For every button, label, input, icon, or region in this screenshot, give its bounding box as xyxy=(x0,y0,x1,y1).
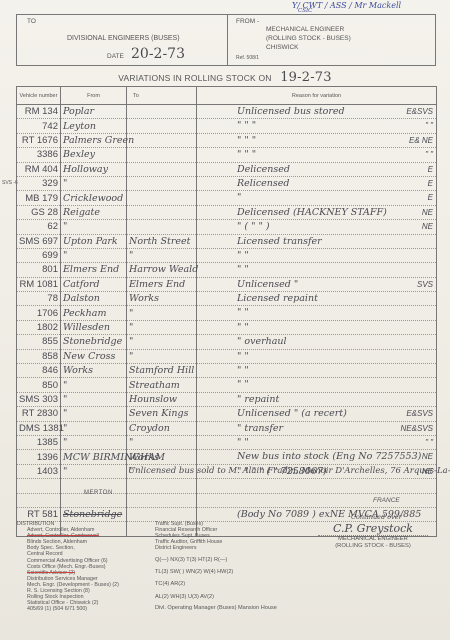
vehicle-number: 850 xyxy=(17,378,61,392)
traffic-distribution: Traffic Supt. (Buses) Financial Research… xyxy=(155,521,222,551)
from-location: Reigate xyxy=(61,205,127,219)
to-location: " xyxy=(127,435,197,449)
to-location: " xyxy=(127,306,197,320)
to-location xyxy=(127,479,197,493)
reason-cell: FRANCE xyxy=(197,493,437,507)
reason-text: FRANCE xyxy=(373,494,400,507)
scanned-form: Y/ CWT / ASS / Mr Mackell CSIC TO DIVISI… xyxy=(0,0,450,640)
from-box: FROM - MECHANICAL ENGINEER (ROLLING STOC… xyxy=(227,14,436,66)
table-row: RM 404HollowayDelicensedE xyxy=(17,162,437,176)
to-location xyxy=(127,176,197,190)
reason-text: Licensed transfer xyxy=(237,235,322,248)
vehicle-number: RT 1676 xyxy=(17,133,61,147)
reason-cell: "E xyxy=(197,191,437,205)
vehicle-number: 1396 xyxy=(17,450,61,464)
vehicle-number: RM 1081 xyxy=(17,277,61,291)
reason-text: Unlicensed " xyxy=(237,278,298,291)
to-location: Harrow Weald xyxy=(127,263,197,277)
from-location: " xyxy=(61,392,127,406)
table-row xyxy=(17,479,437,493)
reason-cell: " " "E& NE xyxy=(197,133,437,147)
garage-tag: " " xyxy=(425,119,433,132)
reason-text: " " xyxy=(237,364,249,377)
to-location xyxy=(127,191,197,205)
from-location: Poplar xyxy=(61,105,127,119)
to-location: Croydon xyxy=(127,421,197,435)
vehicle-number: 1802 xyxy=(17,320,61,334)
from-location: " xyxy=(61,220,127,234)
distribution-item: 405/69 (1) (504 6/71 500) xyxy=(27,606,119,612)
from-location: Catford xyxy=(61,277,127,291)
page-title: VARIATIONS IN ROLLING STOCK ON 19-2-73 xyxy=(0,70,450,85)
to-location xyxy=(127,162,197,176)
reason-cell: " ( " " )NE xyxy=(197,220,437,234)
from-location: Stonebridge xyxy=(61,507,127,521)
from-location: " xyxy=(61,248,127,262)
to-location: Stamford Hill xyxy=(127,364,197,378)
reason-cell: " repaint xyxy=(197,392,437,406)
vehicle-number: RT 2830 xyxy=(17,407,61,421)
garage-tag: SVS xyxy=(417,278,433,291)
reason-text: " " " xyxy=(237,119,256,132)
to-location: Elmers End xyxy=(127,277,197,291)
table-row: RT 1676Palmers Green" " "E& NE xyxy=(17,133,437,147)
vehicle-number: GS 28 xyxy=(17,205,61,219)
distribution-item: Costs Office (Mech. Engr.-Buses) xyxy=(27,564,119,570)
vehicle-number: 3386 xyxy=(17,148,61,162)
to-label: TO xyxy=(27,18,36,25)
table-row: 1396MCW BIRMINGHAMWorksNew bus into stoc… xyxy=(17,450,437,464)
to-location: " xyxy=(127,335,197,349)
garage-code-footer: Divl. Operating Manager (Buses) Mansion … xyxy=(155,603,277,613)
from-location: " xyxy=(61,421,127,435)
table-row: GS 28ReigateDelicensed (HACKNEY STAFF)NE xyxy=(17,205,437,219)
from-location: " xyxy=(61,176,127,190)
table-row: 855Stonebridge"" overhaul xyxy=(17,335,437,349)
from-location: Stonebridge xyxy=(61,335,127,349)
reason-text: Licensed repaint xyxy=(237,292,318,305)
to-location: North Street xyxy=(127,234,197,248)
table-row: 3386Bexley" " "" " xyxy=(17,148,437,162)
table-row: RT 2830"Seven KingsUnlicensed " (a recer… xyxy=(17,407,437,421)
vehicle-number: 855 xyxy=(17,335,61,349)
from-location: Willesden xyxy=(61,320,127,334)
vehicle-number: RT 581 xyxy=(17,507,61,521)
reason-text: " " xyxy=(237,249,249,262)
reason-cell: " " xyxy=(197,263,437,277)
vehicle-number: 62 xyxy=(17,220,61,234)
reason-cell: " " xyxy=(197,349,437,363)
garage-code-line: TC(4) AR(2) xyxy=(155,578,277,590)
to-location: Streatham xyxy=(127,378,197,392)
sale-note: Unlicensed bus sold to M. Alain Fradin, … xyxy=(128,466,450,476)
from-location: Dalston xyxy=(61,292,127,306)
to-location xyxy=(127,148,197,162)
vehicle-number: MB 179 xyxy=(17,191,61,205)
to-location xyxy=(127,119,197,133)
reference-number: Ref. 508/1 xyxy=(236,55,259,61)
reason-cell: RelicensedE xyxy=(197,176,437,190)
garage-code-line: TL(3) SW( ) WN(2) W(4) HW(2) xyxy=(155,566,277,578)
reason-text: " " xyxy=(237,436,249,449)
from-location: Upton Park xyxy=(61,234,127,248)
reason-text: " overhaul xyxy=(237,335,287,348)
vehicle-number: 742 xyxy=(17,119,61,133)
signature-title-1: MECHANICAL ENGINEER xyxy=(318,536,428,543)
reason-cell: DelicensedE xyxy=(197,162,437,176)
reason-cell: " transferNE&SVS xyxy=(197,421,437,435)
reason-text: " " xyxy=(237,263,249,276)
reason-text: " transfer xyxy=(237,422,283,435)
reason-cell: Licensed repaint xyxy=(197,292,437,306)
vehicle-number: 78 xyxy=(17,292,61,306)
reason-cell: " overhaul xyxy=(197,335,437,349)
table-row: 62"" ( " " )NE xyxy=(17,220,437,234)
reason-text: Unlicensed " (a recert) xyxy=(237,407,347,420)
to-box: TO DIVISIONAL ENGINEERS (BUSES) DATE 20-… xyxy=(16,14,228,66)
reason-cell: Unlicensed "SVS xyxy=(197,277,437,291)
reason-text: " xyxy=(237,191,241,204)
col-vehicle-number: Vehicle number xyxy=(17,87,61,105)
table-row: RM 1081CatfordElmers EndUnlicensed "SVS xyxy=(17,277,437,291)
table-header-row: Vehicle number From To Reason for variat… xyxy=(17,87,437,105)
garage-tag: E xyxy=(428,191,433,204)
garage-tag: " " xyxy=(425,436,433,449)
table-row: 846WorksStamford Hill" " xyxy=(17,364,437,378)
to-location: " xyxy=(127,320,197,334)
garage-tag: " " xyxy=(425,148,433,161)
reason-text: " repaint xyxy=(237,393,279,406)
reason-text: New bus into stock (Eng No 7257553) xyxy=(237,450,421,463)
from-location: Bexley xyxy=(61,148,127,162)
from-label: FROM - xyxy=(236,18,259,25)
garage-tag: E& NE xyxy=(409,134,433,147)
from-location: Holloway xyxy=(61,162,127,176)
vehicle-number: 846 xyxy=(17,364,61,378)
table-row: MB 179Cricklewood"E xyxy=(17,191,437,205)
to-location xyxy=(127,205,197,219)
reason-text: " ( " " ) xyxy=(237,220,270,233)
reason-cell: " " xyxy=(197,378,437,392)
from-correction: MERTON xyxy=(84,490,113,496)
vehicle-number: RM 404 xyxy=(17,162,61,176)
table-row: 1802Willesden"" " xyxy=(17,320,437,334)
date-label: DATE xyxy=(107,53,124,60)
signature: C.P. Greystock xyxy=(318,522,428,536)
from-line-3: CHISWICK xyxy=(266,44,299,51)
vehicle-number: SMS 697 xyxy=(17,234,61,248)
table-row: 1385""" "" " xyxy=(17,435,437,449)
to-location xyxy=(127,493,197,507)
reason-cell: " "" " xyxy=(197,435,437,449)
reason-text: Delicensed (HACKNEY STAFF) xyxy=(237,206,387,219)
from-location: Peckham xyxy=(61,306,127,320)
to-location: " xyxy=(127,349,197,363)
to-location: " xyxy=(127,248,197,262)
to-location: Works xyxy=(127,292,197,306)
signature-block: C.P. Greystock MECHANICAL ENGINEER (ROLL… xyxy=(318,522,428,550)
reason-text: Relicensed xyxy=(237,177,290,190)
vehicle-number: 1385 xyxy=(17,435,61,449)
vehicle-number xyxy=(17,479,61,493)
distribution-list: DISTRIBUTION Advert, Controller, Aldenha… xyxy=(17,521,119,612)
date-value: 20-2-73 xyxy=(131,46,185,62)
title-text: VARIATIONS IN ROLLING STOCK ON xyxy=(118,73,271,83)
to-location xyxy=(127,220,197,234)
vehicle-number: 1706 xyxy=(17,306,61,320)
from-line-1: MECHANICAL ENGINEER xyxy=(266,26,344,33)
from-location: Cricklewood xyxy=(61,191,127,205)
vehicle-number: 1403 xyxy=(17,464,61,478)
garage-tag: NE xyxy=(422,450,433,463)
garage-tag: E xyxy=(428,177,433,190)
vehicle-number: RM 134 xyxy=(17,105,61,119)
garage-tag: NE xyxy=(422,206,433,219)
from-location: New Cross xyxy=(61,349,127,363)
distribution-item: Commercial Advertising Officer (6) xyxy=(27,558,119,564)
col-reason: Reason for variation xyxy=(197,87,437,105)
reason-cell: " " "" " xyxy=(197,119,437,133)
vehicle-number: DMS 1381 xyxy=(17,421,61,435)
table-row: 858New Cross"" " xyxy=(17,349,437,363)
table-row: 1706Peckham"" " xyxy=(17,306,437,320)
from-location: " xyxy=(61,435,127,449)
col-from: From xyxy=(61,87,127,105)
reason-cell xyxy=(197,479,437,493)
from-line-2: (ROLLING STOCK - BUSES) xyxy=(266,35,351,42)
reason-text: Unlicensed bus stored xyxy=(237,105,345,118)
from-location: MCW BIRMINGHAM xyxy=(61,450,127,464)
to-location xyxy=(127,133,197,147)
title-date: 19-2-73 xyxy=(280,70,332,85)
table-row: 742Leyton" " "" " xyxy=(17,119,437,133)
vehicle-number: 329 xyxy=(17,176,61,190)
reason-cell: New bus into stock (Eng No 7257553)NE xyxy=(197,450,437,464)
reason-text: Delicensed xyxy=(237,163,290,176)
table-row: 699""" " xyxy=(17,248,437,262)
table-row: DMS 1381"Croydon" transferNE&SVS xyxy=(17,421,437,435)
garage-tag: NE xyxy=(422,220,433,233)
garage-tag: E xyxy=(428,163,433,176)
to-location: Seven Kings xyxy=(127,407,197,421)
reason-text: " " xyxy=(237,378,249,391)
continued-note: Continued over xyxy=(351,513,402,521)
garage-codes: Q(—) NX(3) T(3) HT(2) R(—) TL(3) SW( ) W… xyxy=(155,554,277,613)
reason-text: " " xyxy=(237,350,249,363)
reason-cell: " " xyxy=(197,306,437,320)
from-location: " xyxy=(61,464,127,478)
vehicle-number: 801 xyxy=(17,263,61,277)
to-location xyxy=(127,105,197,119)
reason-cell: Unlicensed " (a recert)E&SVS xyxy=(197,407,437,421)
from-location: Leyton xyxy=(61,119,127,133)
traffic-line: District Engineers xyxy=(155,545,222,551)
reason-cell: Licensed transfer xyxy=(197,234,437,248)
table-row: SMS 697Upton ParkNorth StreetLicensed tr… xyxy=(17,234,437,248)
to-location: Hounslow xyxy=(127,392,197,406)
garage-tag: E&SVS xyxy=(406,407,433,420)
vehicle-number: SMS 303 xyxy=(17,392,61,406)
reason-text: " " " xyxy=(237,134,256,147)
reason-cell: " " xyxy=(197,364,437,378)
reason-cell: " " xyxy=(197,320,437,334)
from-location: Elmers End xyxy=(61,263,127,277)
vehicle-number: 699 xyxy=(17,248,61,262)
reason-text: " " xyxy=(237,321,249,334)
from-location: Palmers Green xyxy=(61,133,127,147)
to-recipient: DIVISIONAL ENGINEERS (BUSES) xyxy=(67,35,180,42)
from-location: Works xyxy=(61,364,127,378)
vehicle-number xyxy=(17,493,61,507)
reason-cell: " " "" " xyxy=(197,148,437,162)
table-row: SMS 303"Hounslow" repaint xyxy=(17,392,437,406)
reason-cell: Unlicensed bus storedE&SVS xyxy=(197,105,437,119)
table-row: RM 134PoplarUnlicensed bus storedE&SVS xyxy=(17,105,437,119)
signature-title-2: (ROLLING STOCK - BUSES) xyxy=(318,543,428,550)
table-row: 78DalstonWorksLicensed repaint xyxy=(17,292,437,306)
reason-text: " " xyxy=(237,306,249,319)
reason-cell: Delicensed (HACKNEY STAFF)NE xyxy=(197,205,437,219)
to-location xyxy=(127,507,197,521)
col-to: To xyxy=(127,87,197,105)
table-row: 329"RelicensedE xyxy=(17,176,437,190)
handwritten-routing-note: Y/ CWT / ASS / Mr Mackell CSIC xyxy=(292,1,401,14)
reason-cell: " " xyxy=(197,248,437,262)
garage-tag: NE&SVS xyxy=(401,422,433,435)
table-row: 850"Streatham" " xyxy=(17,378,437,392)
garage-code-line: Q(—) NX(3) T(3) HT(2) R(—) xyxy=(155,554,277,566)
garage-code-line: AL(2) WH(3) U(3) AV(2) xyxy=(155,591,277,603)
table-row: FRANCE xyxy=(17,493,437,507)
garage-tag: E&SVS xyxy=(406,105,433,118)
from-location: " xyxy=(61,407,127,421)
from-location: " xyxy=(61,378,127,392)
vehicle-number: 858 xyxy=(17,349,61,363)
reason-text: " " " xyxy=(237,148,256,161)
table-row: 801Elmers EndHarrow Weald" " xyxy=(17,263,437,277)
